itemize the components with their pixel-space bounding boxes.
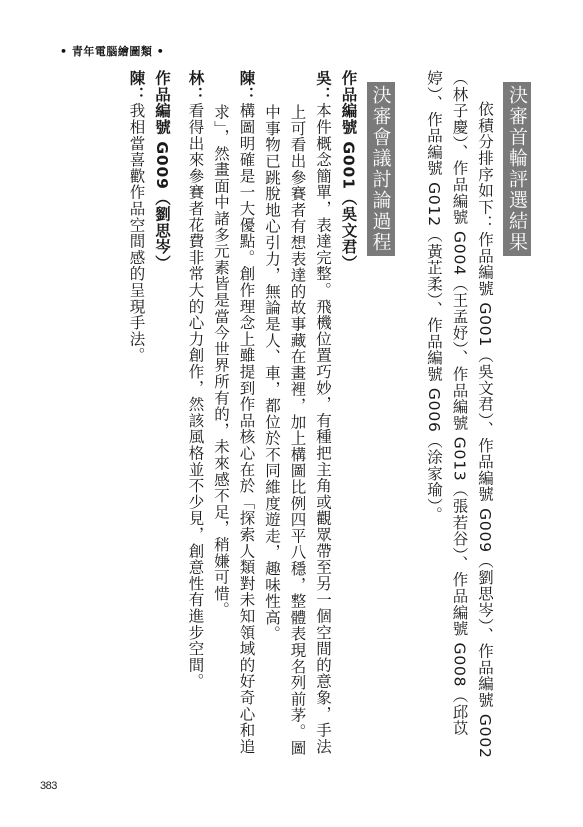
speaker-label: 陳： [238, 70, 256, 103]
comment-text: 構圖明確是一大優點。創作理念上雖提到作品核心在於「探索人類對未知領域的好奇心和追… [212, 103, 256, 755]
speaker-label: 吳： [314, 70, 332, 103]
comment-text: 我相當喜歡作品空間感的呈現手法。 [128, 103, 146, 364]
section-1-title-column: 決審首輪評選結果 [501, 70, 531, 770]
section-gap [395, 70, 421, 770]
running-header: • 青年電腦繪圖類 • [60, 43, 164, 59]
work-heading-g009: 作品編號 G009（劉思岑） [149, 70, 175, 770]
speaker-label: 陳： [128, 70, 146, 103]
comment-wu: 吳：本件概念簡單，表達完整。飛機位置巧妙，有種把主角或觀眾帶至另一個空間的意象，… [259, 70, 336, 770]
speaker-label: 林： [187, 70, 205, 103]
comment-text: 本件概念簡單，表達完整。飛機位置巧妙，有種把主角或觀眾帶至另一個空間的意象，手法… [263, 103, 332, 756]
first-round-results-paragraph: 依積分排序如下：作品編號 G001（吳文君）、作品編號 G009（劉思岑）、作品… [421, 70, 498, 770]
comment-lin: 林：看得出來參賽者花費非常大的心力創作，然該風格並不少見，創意性有進步空間。 [182, 70, 208, 770]
page-number: 383 [40, 780, 57, 792]
work-heading-g001: 作品編號 G001（吳文君） [335, 70, 361, 770]
comment-chen-g009: 陳：我相當喜歡作品空間感的呈現手法。 [123, 70, 149, 770]
section-2-title-column: 決審會議討論過程 [365, 70, 395, 770]
section-title-discussion-process: 決審會議討論過程 [367, 82, 395, 256]
vertical-text-body: 決審首輪評選結果 依積分排序如下：作品編號 G001（吳文君）、作品編號 G00… [61, 70, 531, 770]
comment-chen: 陳：構圖明確是一大優點。創作理念上雖提到作品核心在於「探索人類對未知領域的好奇心… [208, 70, 259, 770]
comment-text: 看得出來參賽者花費非常大的心力創作，然該風格並不少見，創意性有進步空間。 [187, 103, 205, 690]
section-title-first-round-results: 決審首輪評選結果 [503, 82, 531, 256]
entry-gap [174, 70, 182, 770]
